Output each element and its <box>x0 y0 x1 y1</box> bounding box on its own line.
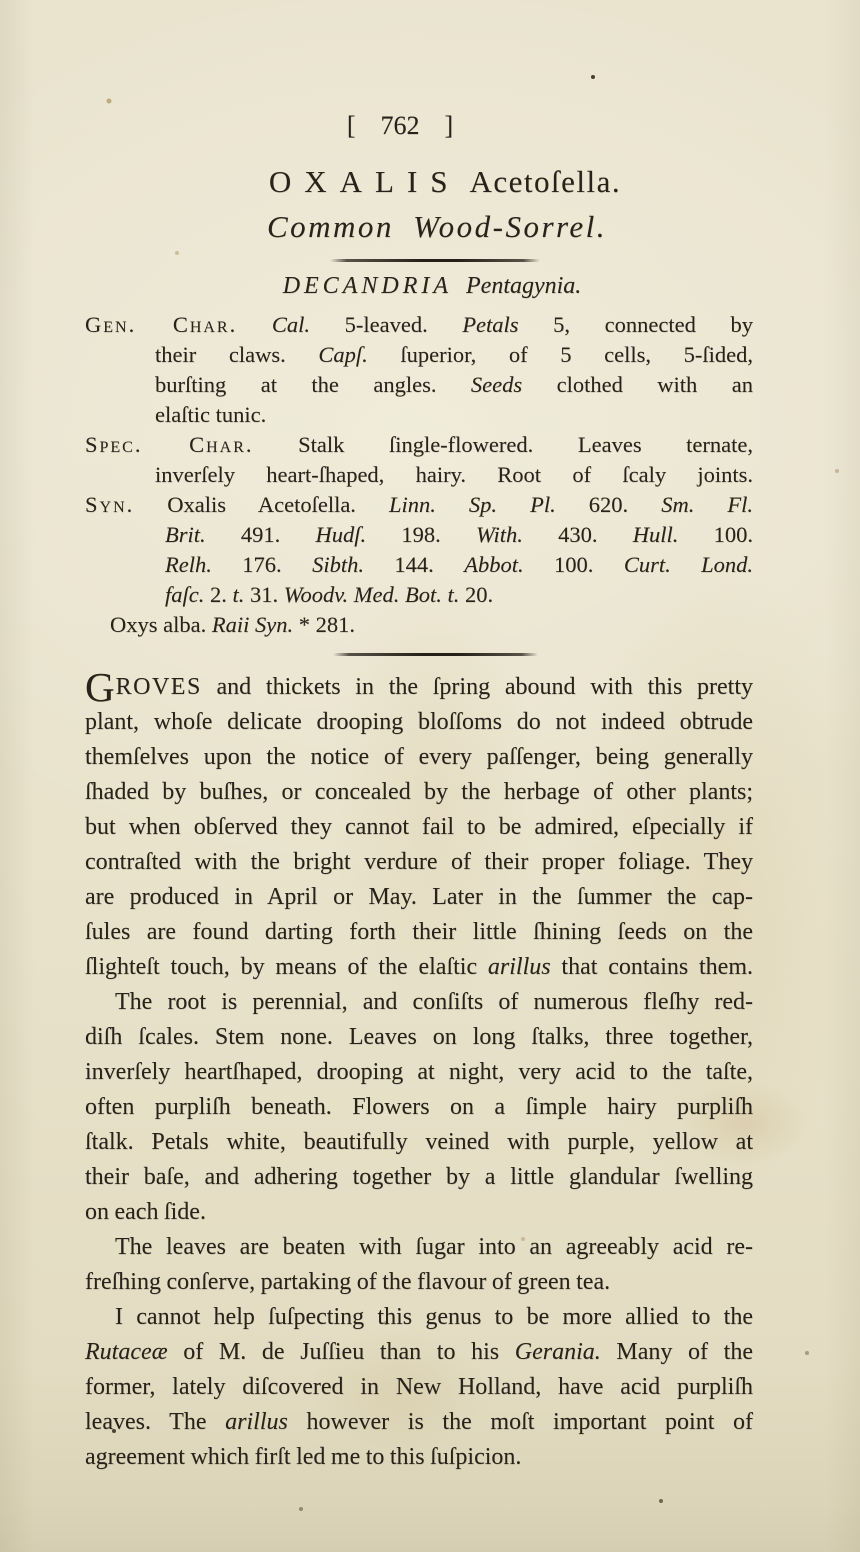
text-line: burſting at the angles. Seeds clothed wi… <box>85 370 753 400</box>
text-line: Oxys alba. Raii Syn. * 281. <box>85 610 753 640</box>
text-line: agreement which firſt led me to this ſuſ… <box>85 1440 753 1475</box>
species-epithet: Acetoſella. <box>470 164 622 199</box>
text-line: their claws. Capſ. ſuperior, of 5 cells,… <box>85 340 753 370</box>
paragraph-uses: The leaves are beaten with ſugar into an… <box>85 1230 753 1300</box>
genus-name: OXALIS <box>269 164 461 199</box>
text-line: faſc. 2. t. 31. Woodv. Med. Bot. t. 20. <box>85 580 753 610</box>
text-line: I cannot help ſuſpecting this genus to b… <box>85 1300 753 1335</box>
page-number-bracket-left: [ <box>347 110 356 142</box>
text-line: ſtalk. Petals white, beautifully veined … <box>85 1125 753 1160</box>
page-number: [ 762 ] <box>66 110 734 142</box>
text-line: Relh. 176. Sibth. 144. Abbot. 100. Curt.… <box>85 550 753 580</box>
book-page-scan: [ 762 ] OXALISAcetoſella. Common Wood-So… <box>0 0 860 1552</box>
text-line: are produced in April or May. Later in t… <box>85 880 753 915</box>
text-line: contraſted with the bright verdure of th… <box>85 845 753 880</box>
text-line: Brit. 491. Hudſ. 198. With. 430. Hull. 1… <box>85 520 753 550</box>
text-line: Spec. Char. Stalk ſingle-flowered. Leave… <box>85 430 753 460</box>
text-line: Syn. Oxalis Acetoſella. Linn. Sp. Pl. 62… <box>85 490 753 520</box>
text-line: The root is perennial, and conſiſts of n… <box>85 985 753 1020</box>
text-line: ſhaded by buſhes, or concealed by the he… <box>85 775 753 810</box>
text-line: former, lately diſcovered in New Holland… <box>85 1370 753 1405</box>
text-line: plant, whoſe delicate drooping bloſſoms … <box>85 705 753 740</box>
specific-character-section: Spec. Char. Stalk ſingle-flowered. Leave… <box>85 430 753 490</box>
text-line: ſlighteſt touch, by means of the elaſtic… <box>85 950 753 985</box>
text-line: on each ſide. <box>85 1195 753 1230</box>
page-number-bracket-right: ] <box>445 110 454 142</box>
text-line: leaves. The arillus however is the moſt … <box>85 1405 753 1440</box>
text-line: inverſely heartſhaped, drooping at night… <box>85 1055 753 1090</box>
paragraph-habitat: GROVES and thickets in the ſpring abound… <box>85 670 753 985</box>
text-line: Rutaceæ of M. de Juſſieu than to his Ger… <box>85 1335 753 1370</box>
text-line: GROVES and thickets in the ſpring abound… <box>85 670 753 705</box>
text-line: diſh ſcales. Stem none. Leaves on long ſ… <box>85 1020 753 1055</box>
text-column: [ 762 ] OXALISAcetoſella. Common Wood-So… <box>85 0 753 1475</box>
text-line: Gen. Char. Cal. 5-leaved. Petals 5, conn… <box>85 310 753 340</box>
synonyms-section: Syn. Oxalis Acetoſella. Linn. Sp. Pl. 62… <box>85 490 753 640</box>
body-text: GROVES and thickets in the ſpring abound… <box>85 670 753 1475</box>
text-line: inverſely heart-ſhaped, hairy. Root of ſ… <box>85 460 753 490</box>
text-line: ſules are found darting forth their litt… <box>85 915 753 950</box>
text-line: elaſtic tunic. <box>85 400 753 430</box>
text-line: The leaves are beaten with ſugar into an… <box>85 1230 753 1265</box>
common-name-title: Common Wood-Sorrel. <box>103 209 771 245</box>
text-line: freſhing conſerve, partaking of the flav… <box>85 1265 753 1300</box>
text-line: their baſe, and adhering together by a l… <box>85 1160 753 1195</box>
text-line: themſelves upon the notice of every paſſ… <box>85 740 753 775</box>
paragraph-affinities: I cannot help ſuſpecting this genus to b… <box>85 1300 753 1475</box>
species-title: OXALISAcetoſella. <box>111 164 779 200</box>
page-number-value: 762 <box>381 110 420 142</box>
text-line: but when obſerved they cannot fail to be… <box>85 810 753 845</box>
classification-line: DECANDRIAPentagynia. <box>98 272 766 301</box>
linnaean-class: DECANDRIA <box>283 273 452 299</box>
paragraph-description: The root is perennial, and conſiſts of n… <box>85 985 753 1230</box>
text-line: often purpliſh beneath. Flowers on a ſim… <box>85 1090 753 1125</box>
divider-rule-body <box>333 653 538 656</box>
divider-rule-top <box>330 259 540 262</box>
linnaean-order: Pentagynia. <box>466 273 581 299</box>
generic-character-section: Gen. Char. Cal. 5-leaved. Petals 5, conn… <box>85 310 753 430</box>
